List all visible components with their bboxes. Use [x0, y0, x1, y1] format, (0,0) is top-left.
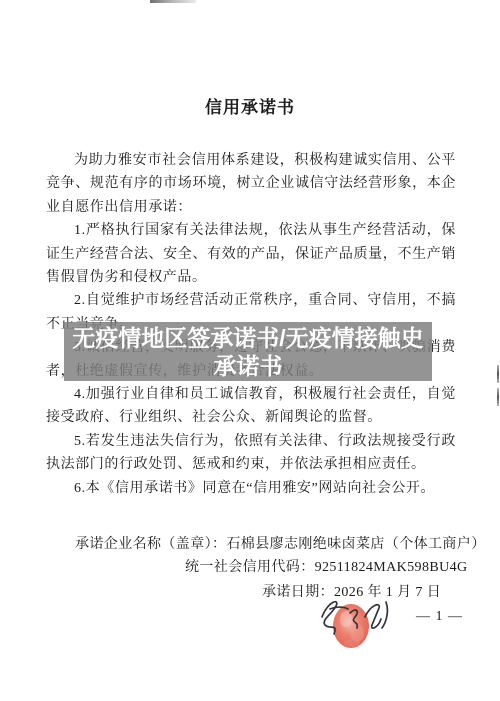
- watermark-banner: 无疫情地区签承诺书/无疫情接触史 承诺书: [64, 322, 432, 381]
- document-page: 信用承诺书 为助力雅安市社会信用体系建设，积极构建诚实信用、公平竞争、规范有序的…: [0, 0, 500, 701]
- page-title: 信用承诺书: [0, 93, 500, 118]
- scan-edge-artifact: [497, 388, 499, 406]
- watermark-line-1: 无疫情地区签承诺书/无疫情接触史: [64, 324, 432, 352]
- fingerprint-signature-seal: [308, 595, 403, 653]
- paragraph-item-4: 4.加强行业自律和员工诚信教育，积极履行社会责任，自觉接受政府、行业组织、社会公…: [46, 383, 456, 430]
- scan-edge-artifact: [497, 365, 499, 383]
- watermark-line-2: 承诺书: [64, 352, 432, 380]
- footer-credit-code-line: 统一社会信用代码：92511824MAK598BU4G: [185, 556, 468, 576]
- paragraph-item-6: 6.本《信用承诺书》同意在“信用雅安”网站向社会公开。: [46, 477, 456, 500]
- footer-company-line: 承诺企业名称（盖章）：石棉县廖志刚绝味卤菜店（个体工商户）: [75, 533, 486, 553]
- paragraph-item-5: 5.若发生违法失信行为，依照有关法律、行政法规接受行政执法部门的行政处罚、惩戒和…: [46, 430, 456, 477]
- paragraph-item-1: 1.严格执行国家有关法律法规，依法从事生产经营活动，保证生产经营合法、安全、有效…: [46, 219, 456, 289]
- scan-smudge-artifact: [150, 0, 196, 3]
- page-number: — 1 —: [416, 609, 463, 625]
- fingerprint-icon: [333, 604, 369, 648]
- paragraph-intro: 为助力雅安市社会信用体系建设，积极构建诚实信用、公平竞争、规范有序的市场环境，树…: [46, 149, 456, 219]
